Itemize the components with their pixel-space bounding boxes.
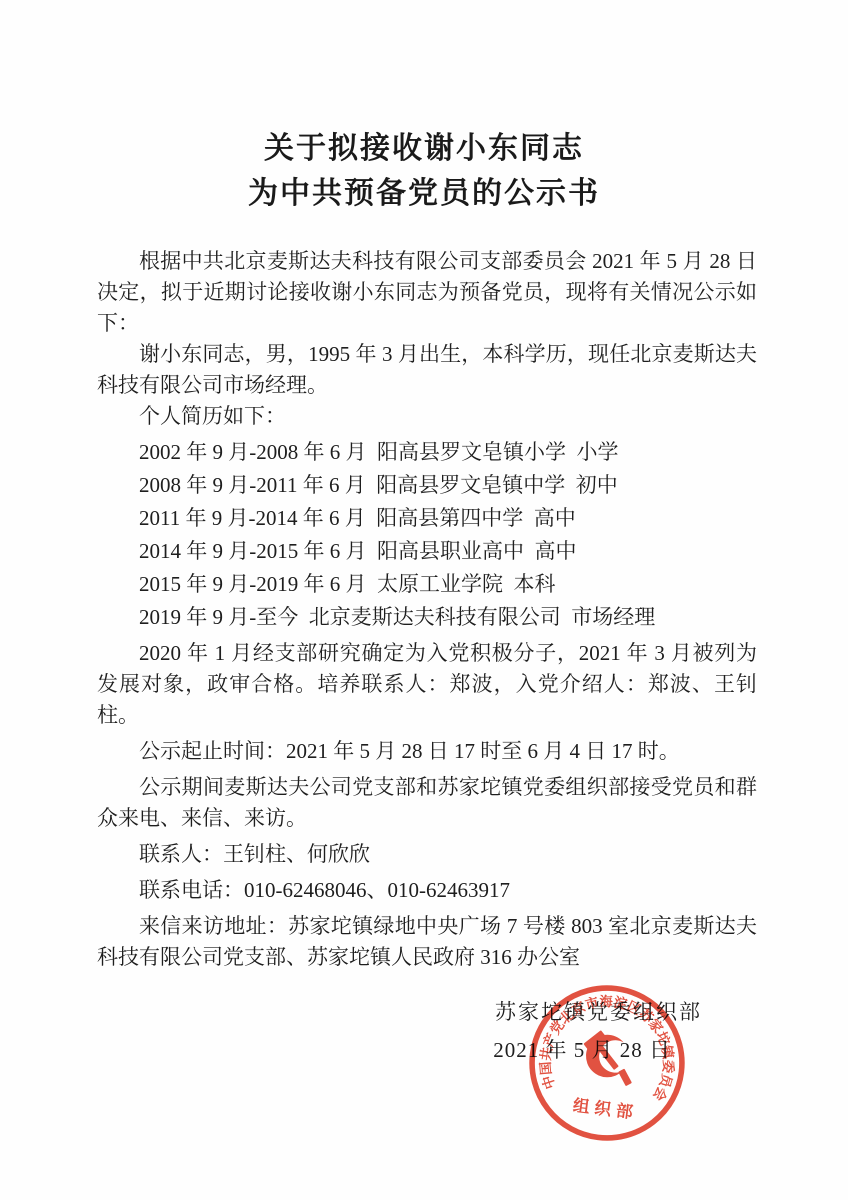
- paragraph-feedback: 公示期间麦斯达夫公司党支部和苏家坨镇党委组织部接受党员和群众来电、来信、来访。: [97, 772, 757, 834]
- official-seal: 中国共产党北京市海淀区苏家坨镇委员会 组织部: [517, 973, 698, 1154]
- resume-entry: 2008 年 9 月-2011 年 6 月 阳高县罗文皂镇中学 初中: [97, 470, 757, 501]
- paragraph-resume-heading: 个人简历如下：: [97, 401, 757, 432]
- title-line-1: 关于拟接收谢小东同志: [0, 126, 848, 171]
- title-line-2: 为中共预备党员的公示书: [0, 171, 848, 216]
- paragraph-address: 来信来访地址：苏家坨镇绿地中央广场 7 号楼 803 室北京麦斯达夫科技有限公司…: [97, 911, 757, 973]
- resume-entry: 2015 年 9 月-2019 年 6 月 太原工业学院 本科: [97, 569, 757, 600]
- hammer-sickle-icon: [579, 1028, 638, 1087]
- paragraph-notice-period: 公示起止时间：2021 年 5 月 28 日 17 时至 6 月 4 日 17 …: [97, 736, 757, 767]
- paragraph-basis: 根据中共北京麦斯达夫科技有限公司支部委员会 2021 年 5 月 28 日决定，…: [97, 246, 757, 339]
- resume-entry: 2014 年 9 月-2015 年 6 月 阳高县职业高中 高中: [97, 536, 757, 567]
- paragraph-phone: 联系电话：010-62468046、010-62463917: [97, 875, 757, 906]
- resume-entry: 2011 年 9 月-2014 年 6 月 阳高县第四中学 高中: [97, 503, 757, 534]
- resume-entry: 2019 年 9 月-至今 北京麦斯达夫科技有限公司 市场经理: [97, 602, 757, 633]
- seal-bottom-text: 组织部: [572, 1095, 639, 1123]
- document-body: 根据中共北京麦斯达夫科技有限公司支部委员会 2021 年 5 月 28 日决定，…: [97, 246, 757, 1065]
- document-page: 关于拟接收谢小东同志 为中共预备党员的公示书 根据中共北京麦斯达夫科技有限公司支…: [0, 0, 848, 1200]
- page-title: 关于拟接收谢小东同志 为中共预备党员的公示书: [0, 126, 848, 216]
- paragraph-development: 2020 年 1 月经支部研究确定为入党积极分子，2021 年 3 月被列为发展…: [97, 638, 757, 731]
- paragraph-profile: 谢小东同志，男，1995 年 3 月出生，本科学历，现任北京麦斯达夫科技有限公司…: [97, 339, 757, 401]
- paragraph-contacts: 联系人：王钊柱、何欣欣: [97, 839, 757, 870]
- seal-ring-text: 中国共产党北京市海淀区苏家坨镇委员会: [534, 985, 686, 1107]
- resume-entry: 2002 年 9 月-2008 年 6 月 阳高县罗文皂镇小学 小学: [97, 437, 757, 468]
